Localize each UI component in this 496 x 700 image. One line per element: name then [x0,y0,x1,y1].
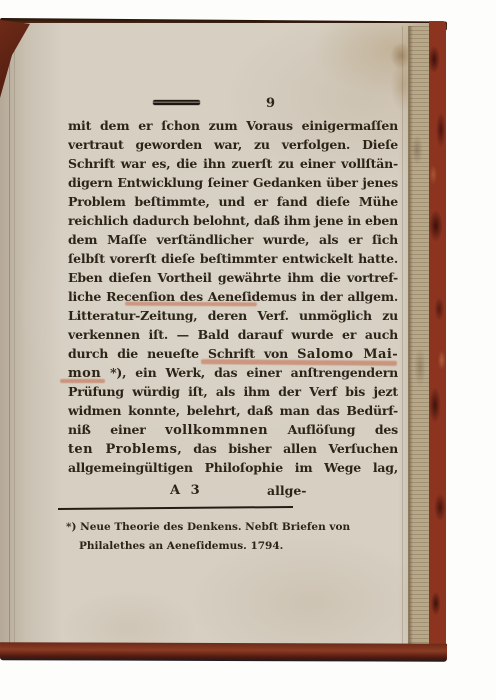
header-rule-ornament [153,100,200,105]
footnote-line: *) Neue Theorie des Denkens. Nebſt Brief… [66,521,350,533]
gutter-crease [14,26,15,644]
text-line: Prüfung würdig iſt, als ihm der Verf bis… [68,382,398,401]
fore-edge-crease [402,26,403,644]
text-line: mit dem er ſchon zum Voraus einigermaſſe… [68,116,398,135]
text-line: Eben dieſen Vortheil gewährte ihm die vo… [68,268,398,287]
text-line: digern Entwicklung ſeiner Gedanken über … [68,173,398,192]
text-line: mon *), ein Werk, das einer anſtrengende… [68,363,398,382]
text-line: reichlich dadurch belohnt, daß ihm jene … [68,211,398,230]
text-line: niß einer vollkommnen Auflöſung des geſa… [68,420,398,439]
footnote-separator-rule [58,506,293,510]
book-fore-edge-pages [408,26,430,646]
red-underline-mark [125,302,257,307]
printed-page-content: 9 mit dem er ſchon zum Voraus einigermaſ… [68,0,398,700]
page-number: 9 [266,96,275,111]
catchword: allge- [267,483,306,498]
body-text: mit dem er ſchon zum Voraus einigermaſſe… [68,116,398,477]
emphasized-phrase: vollkommnen [165,423,268,438]
text-line: dem Maſſe verſtändlicher wurde, als er ſ… [68,230,398,249]
text-line: verkennen iſt. — Bald darauf wurde er au… [68,325,398,344]
text-line: Problem beſtimmte, und er fand dieſe Müh… [68,192,398,211]
text-line: ten Problems, das bisher allen Verſuchen… [68,439,398,458]
text-line: ſelbſt vorerſt dieſe beſtimmter entwicke… [68,249,398,268]
text-line: widmen konnte, belehrt, daß man das Bedü… [68,401,398,420]
red-underline-mark [60,379,105,383]
footnote-line: Philalethes an Aeneſidemus. 1794. [79,540,283,552]
text-line: vertraut geworden war, zu verfolgen. Die… [68,135,398,154]
signature-mark: A 3 [170,483,203,498]
gutter-crease [9,26,10,644]
text-line: Schrift war es, die ihn zuerſt zu einer … [68,154,398,173]
book-photo: 9 mit dem er ſchon zum Voraus einigermaſ… [0,0,496,700]
text-line: allgemeingültigen Philoſophie im Wege la… [68,458,398,477]
emphasized-phrase: ten Problems [68,442,177,457]
text-line: Litteratur-Zeitung, deren Verf. unmöglic… [68,306,398,325]
marbled-board-edge [429,21,446,661]
